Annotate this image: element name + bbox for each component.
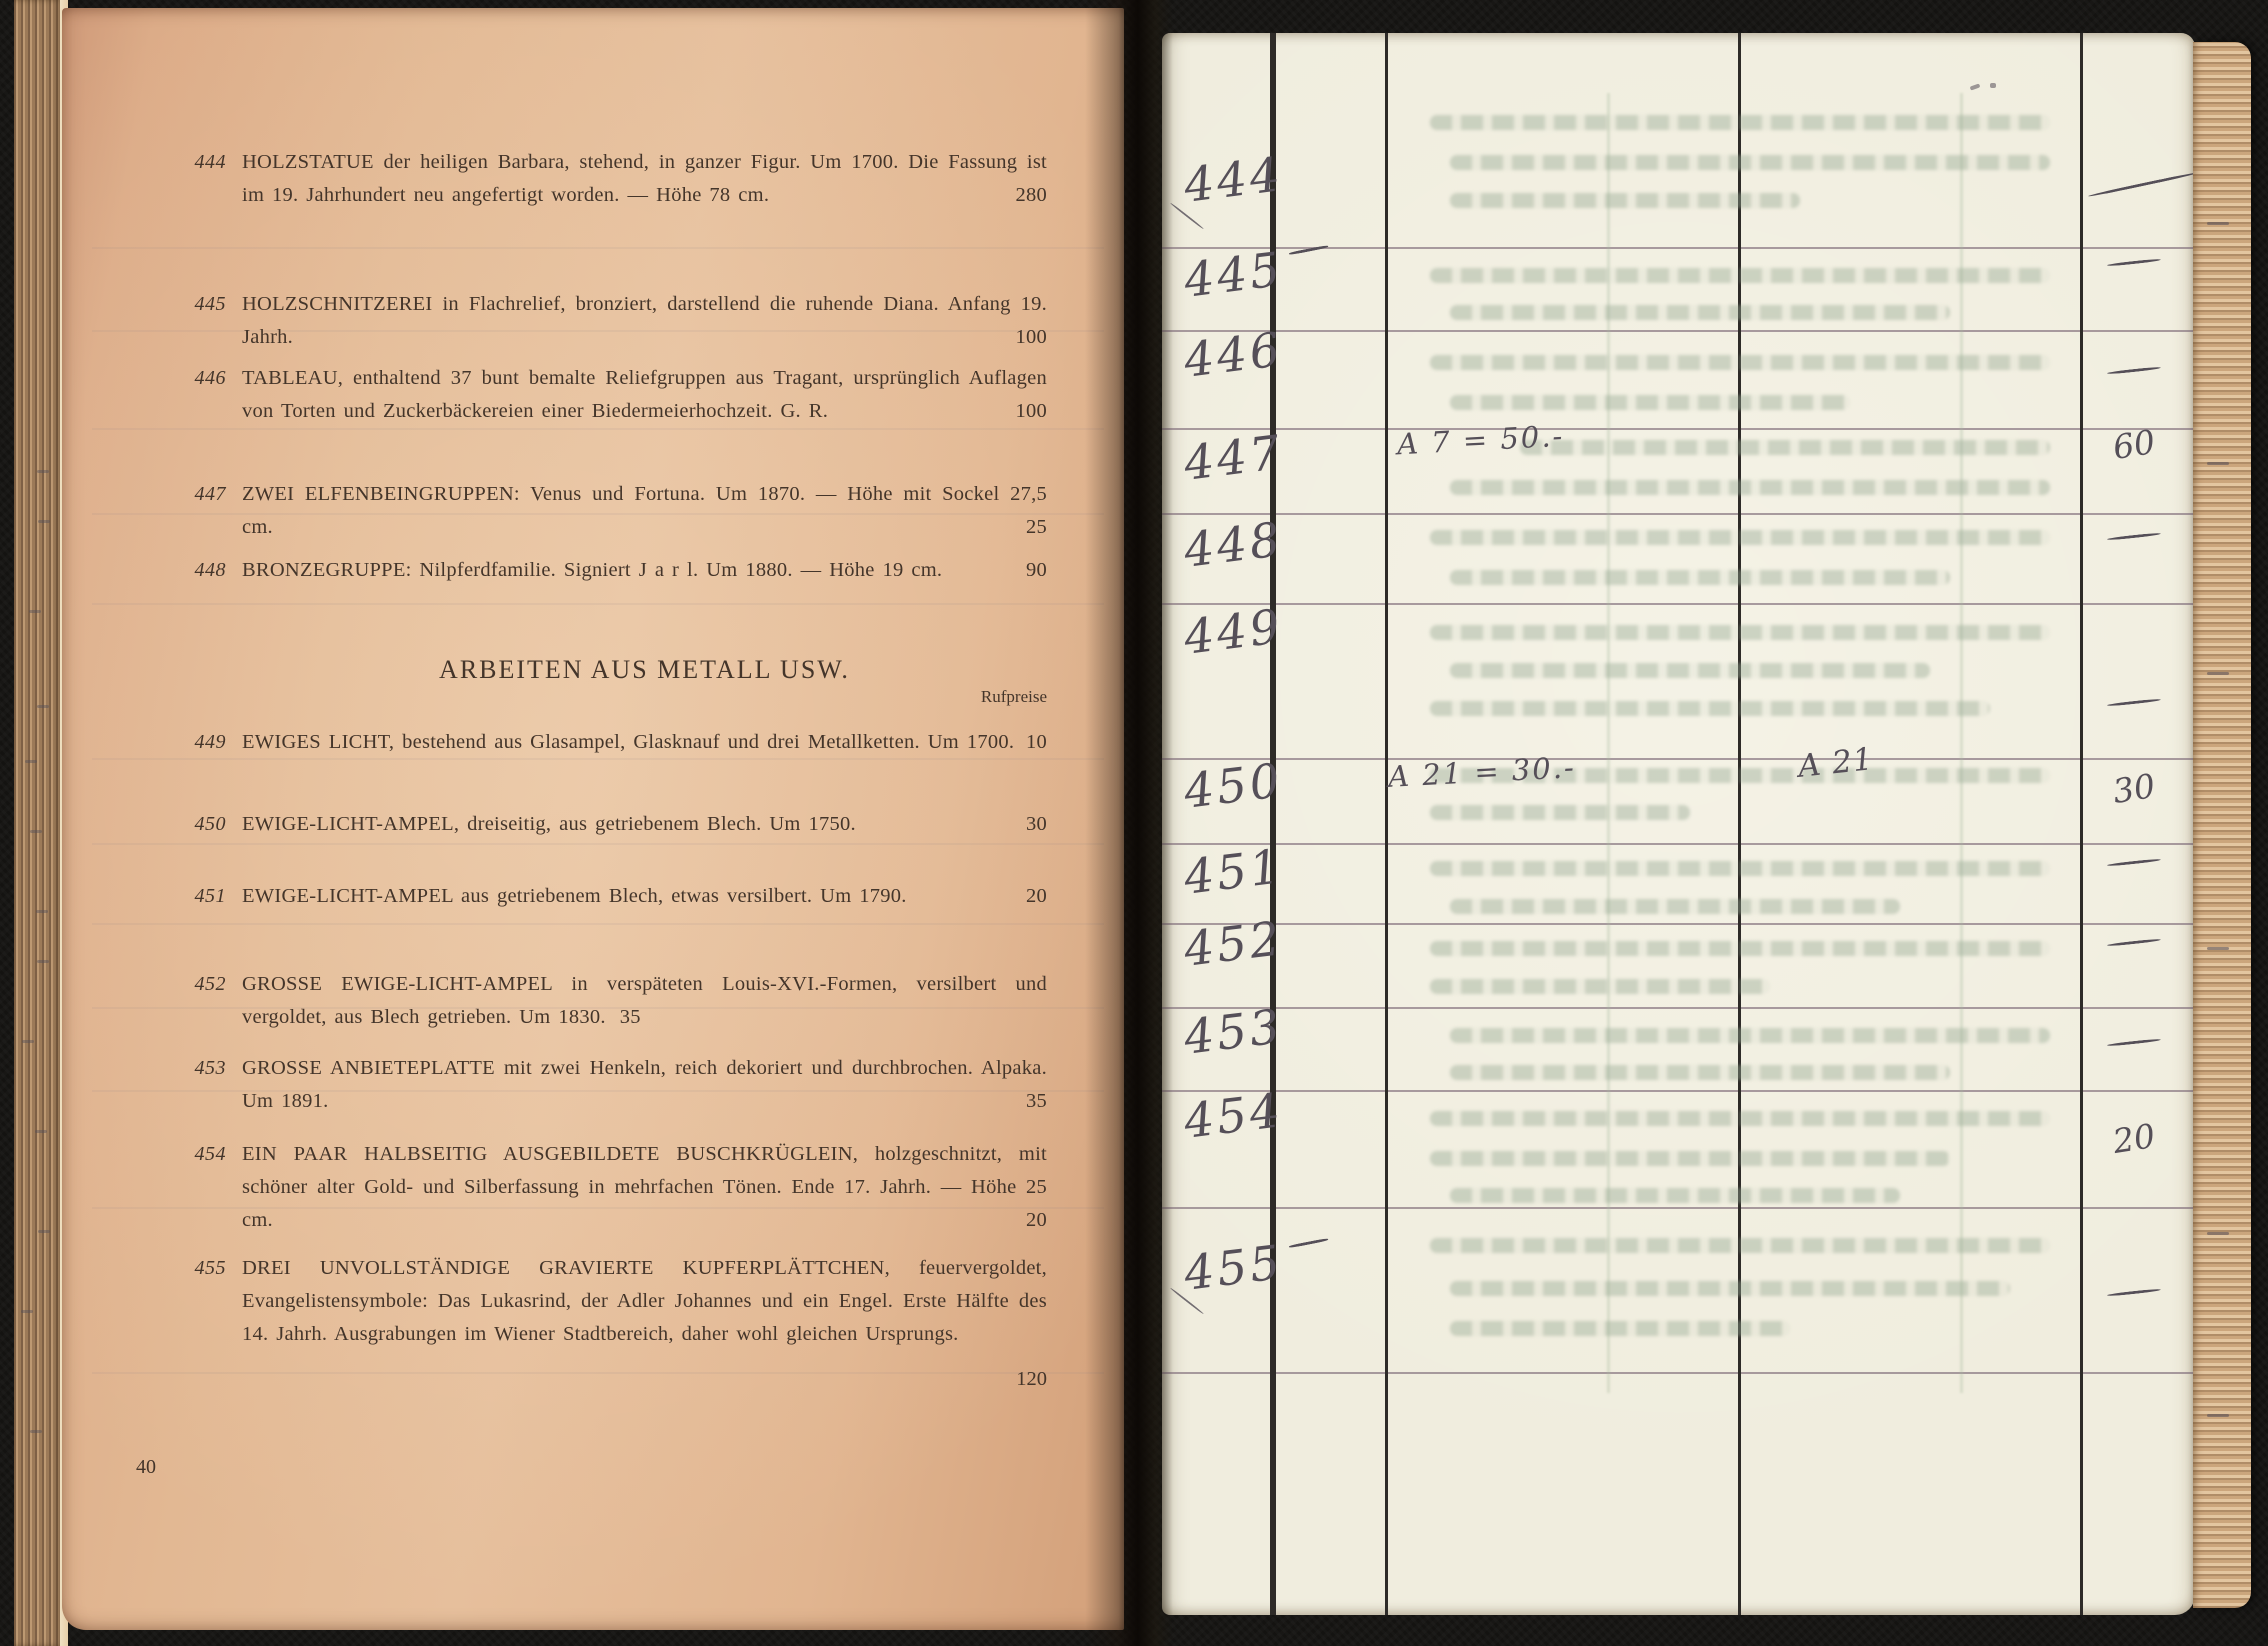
lot-start-price: 100 bbox=[1016, 321, 1048, 354]
show-through-text-line bbox=[1430, 268, 2050, 283]
result-dash bbox=[2107, 858, 2161, 867]
hand-result-price: 20 bbox=[2082, 1111, 2187, 1165]
show-through-text-line bbox=[1450, 155, 2050, 170]
lot-description: DREI UNVOLLSTÄNDIGE GRAVIERTE KUPFERPLÄT… bbox=[242, 1252, 1047, 1351]
result-dash bbox=[2107, 698, 2161, 707]
result-dash bbox=[2107, 258, 2161, 267]
lot-description: EIN PAAR HALBSEITIG AUSGEBILDETE BUSCHKR… bbox=[242, 1138, 1047, 1237]
edge-pencil-mark bbox=[38, 520, 50, 523]
lot-description: EWIGES LICHT, bestehend aus Glasampel, G… bbox=[242, 726, 1047, 759]
pencil-mark bbox=[1970, 83, 1981, 90]
lot-item: 447ZWEI ELFENBEINGRUPPEN: Venus und Fort… bbox=[166, 478, 1047, 544]
lot-item: 445HOLZSCHNITZEREI in Flachrelief, bronz… bbox=[166, 288, 1047, 354]
pencil-flourish bbox=[1288, 1238, 1328, 1249]
show-through-text-line bbox=[1450, 480, 2050, 495]
ruled-line bbox=[1162, 923, 2195, 925]
lot-item: 451EWIGE-LICHT-AMPEL aus getriebenem Ble… bbox=[166, 880, 1047, 913]
show-through-text-line bbox=[1430, 1151, 1950, 1166]
show-through-text-line bbox=[1430, 1238, 2050, 1253]
show-through-text-line bbox=[1450, 899, 1900, 914]
lot-description: EWIGE-LICHT-AMPEL, dreiseitig, aus getri… bbox=[242, 808, 1047, 841]
page-number: 40 bbox=[136, 1456, 156, 1479]
lot-item: 455DREI UNVOLLSTÄNDIGE GRAVIERTE KUPFERP… bbox=[166, 1252, 1047, 1351]
show-through-text-line bbox=[1450, 305, 1950, 320]
show-through-rule bbox=[92, 428, 1104, 430]
edge-pencil-mark bbox=[37, 960, 49, 963]
lot-description: GROSSE ANBIETEPLATTE mit zwei Henkeln, r… bbox=[242, 1052, 1047, 1118]
lot-number: 449 bbox=[166, 726, 242, 759]
lot-description: HOLZSTATUE der heiligen Barbara, stehend… bbox=[242, 146, 1047, 212]
hand-note: A 21 = 30.- bbox=[1387, 750, 1576, 794]
edge-pencil-mark bbox=[2207, 947, 2229, 950]
lot-start-price: 280 bbox=[1016, 179, 1048, 212]
lot-number: 451 bbox=[166, 880, 242, 913]
lot-number: 454 bbox=[166, 1138, 242, 1237]
show-through-text-line bbox=[1430, 1111, 2050, 1126]
edge-pencil-mark bbox=[22, 1040, 34, 1043]
lot-description: ZWEI ELFENBEINGRUPPEN: Venus und Fortuna… bbox=[242, 478, 1047, 544]
show-through-text-line bbox=[1430, 805, 1690, 820]
result-dash bbox=[2107, 1288, 2161, 1297]
lot-item: 449EWIGES LICHT, bestehend aus Glasampel… bbox=[166, 726, 1047, 759]
left-page-edge-stack bbox=[14, 0, 62, 1646]
show-through-text-line bbox=[1450, 1188, 1900, 1203]
lot-number: 447 bbox=[166, 478, 242, 544]
show-through-text-line bbox=[1450, 663, 1930, 678]
show-through-text-line bbox=[1430, 941, 2050, 956]
lot-description: GROSSE EWIGE-LICHT-AMPEL in verspäteten … bbox=[242, 968, 1047, 1034]
hand-result-price: 60 bbox=[2082, 417, 2187, 471]
lot-number: 452 bbox=[166, 968, 242, 1034]
show-through-rule bbox=[92, 247, 1104, 249]
section-heading: ARBEITEN AUS METALL USW. bbox=[242, 655, 1047, 685]
lot-number: 445 bbox=[166, 288, 242, 354]
ruled-line bbox=[1162, 1090, 2195, 1092]
lot-start-price: 35 bbox=[606, 1006, 641, 1028]
show-through-text-line bbox=[1430, 115, 2050, 130]
edge-pencil-mark bbox=[30, 1430, 42, 1433]
show-through-text-line bbox=[1450, 395, 1850, 410]
ruled-line bbox=[1162, 758, 2195, 760]
lot-item: 444HOLZSTATUE der heiligen Barbara, steh… bbox=[166, 146, 1047, 212]
show-through-text-line bbox=[1450, 193, 1800, 208]
ruled-line bbox=[1162, 1207, 2195, 1209]
edge-pencil-mark bbox=[2207, 1414, 2229, 1417]
book-scan: { "left_page": { "page_number": "40", "s… bbox=[0, 0, 2268, 1646]
ruled-annotation-page: 444445446447A 7 = 50.-60448449450A 21 = … bbox=[1162, 33, 2195, 1615]
edge-pencil-mark bbox=[37, 705, 49, 708]
price-column-label: Rufpreise bbox=[242, 687, 1047, 707]
lot-item: 448BRONZEGRUPPE: Nilpferdfamilie. Signie… bbox=[166, 554, 1047, 587]
lot-item: 450EWIGE-LICHT-AMPEL, dreiseitig, aus ge… bbox=[166, 808, 1047, 841]
right-page-edge-stack bbox=[2193, 42, 2251, 1608]
show-through-text-line bbox=[1450, 1065, 1950, 1080]
result-dash bbox=[2107, 532, 2161, 541]
show-through-text-line bbox=[1450, 1281, 2010, 1296]
result-dash bbox=[2107, 938, 2161, 947]
edge-pencil-mark bbox=[25, 760, 37, 763]
ruled-line bbox=[1162, 428, 2195, 430]
edge-pencil-mark bbox=[2207, 1232, 2229, 1235]
edge-pencil-mark bbox=[2207, 672, 2229, 675]
result-dash bbox=[2107, 366, 2161, 375]
lot-number: 448 bbox=[166, 554, 242, 587]
show-through-text-line bbox=[1450, 1028, 2050, 1043]
lot-start-price: 35 bbox=[1026, 1085, 1047, 1118]
ruled-line bbox=[1162, 843, 2195, 845]
edge-pencil-mark bbox=[2207, 462, 2229, 465]
lot-start-price: 25 bbox=[1026, 511, 1047, 544]
ruled-line bbox=[1162, 1372, 2195, 1374]
lot-start-price: 10 bbox=[1026, 726, 1047, 759]
show-through-text-line bbox=[1450, 1321, 1790, 1336]
show-through-text-line bbox=[1450, 570, 1950, 585]
edge-pencil-mark bbox=[2207, 222, 2229, 225]
hand-lot-number: 455 bbox=[1181, 1229, 1333, 1301]
show-through-text-line bbox=[1430, 530, 2050, 545]
show-through-rule bbox=[92, 603, 1104, 605]
lot-start-price: 100 bbox=[1016, 395, 1048, 428]
column-line bbox=[1385, 33, 1388, 1615]
lot-description: BRONZEGRUPPE: Nilpferdfamilie. Signiert … bbox=[242, 554, 1047, 587]
lot-start-price: 30 bbox=[1026, 808, 1047, 841]
lot-number: 450 bbox=[166, 808, 242, 841]
edge-pencil-mark bbox=[36, 910, 48, 913]
lot-item: 454EIN PAAR HALBSEITIG AUSGEBILDETE BUSC… bbox=[166, 1138, 1047, 1237]
lot-number: 455 bbox=[166, 1252, 242, 1351]
result-dash bbox=[2107, 1038, 2161, 1047]
show-through-rule bbox=[92, 843, 1104, 845]
pencil-flourish bbox=[1288, 245, 1328, 256]
show-through-column-line bbox=[1960, 93, 1963, 1393]
result-dash bbox=[2088, 171, 2198, 197]
show-through-text-line bbox=[1430, 625, 2050, 640]
column-line bbox=[2080, 33, 2083, 1615]
show-through-text-line bbox=[1430, 979, 1770, 994]
lot-item: 453GROSSE ANBIETEPLATTE mit zwei Henkeln… bbox=[166, 1052, 1047, 1118]
catalog-page: ARBEITEN AUS METALL USW. Rufpreise 40 44… bbox=[62, 8, 1124, 1630]
lot-start-price: 120 bbox=[242, 1368, 1047, 1391]
lot-item: 446TABLEAU, enthaltend 37 bunt bemalte R… bbox=[166, 362, 1047, 428]
edge-pencil-mark bbox=[21, 1310, 33, 1313]
ruled-line bbox=[1162, 603, 2195, 605]
edge-pencil-mark bbox=[37, 470, 49, 473]
lot-description: EWIGE-LICHT-AMPEL aus getriebenem Blech,… bbox=[242, 880, 1047, 913]
lot-number: 446 bbox=[166, 362, 242, 428]
show-through-text-line bbox=[1430, 701, 1990, 716]
lot-description: HOLZSCHNITZEREI in Flachrelief, bronzier… bbox=[242, 288, 1047, 354]
show-through-rule bbox=[92, 923, 1104, 925]
pencil-mark bbox=[1990, 83, 1996, 88]
ruled-line bbox=[1162, 513, 2195, 515]
show-through-text-line bbox=[1430, 355, 2050, 370]
lot-item: 452GROSSE EWIGE-LICHT-AMPEL in verspätet… bbox=[166, 968, 1047, 1034]
lot-start-price: 20 bbox=[1026, 880, 1047, 913]
show-through-text-line bbox=[1430, 861, 2050, 876]
edge-pencil-mark bbox=[29, 610, 41, 613]
lot-description: TABLEAU, enthaltend 37 bunt bemalte Reli… bbox=[242, 362, 1047, 428]
ruled-line bbox=[1162, 1007, 2195, 1009]
edge-pencil-mark bbox=[35, 1130, 47, 1133]
lot-start-price: 90 bbox=[1026, 554, 1047, 587]
edge-pencil-mark bbox=[30, 830, 42, 833]
ruled-line bbox=[1162, 330, 2195, 332]
hand-result-price: 30 bbox=[2082, 761, 2187, 815]
lot-start-price: 20 bbox=[1026, 1204, 1047, 1237]
lot-number: 444 bbox=[166, 146, 242, 212]
show-through-text-line bbox=[1520, 440, 2050, 455]
edge-pencil-mark bbox=[38, 1230, 50, 1233]
lot-number: 453 bbox=[166, 1052, 242, 1118]
